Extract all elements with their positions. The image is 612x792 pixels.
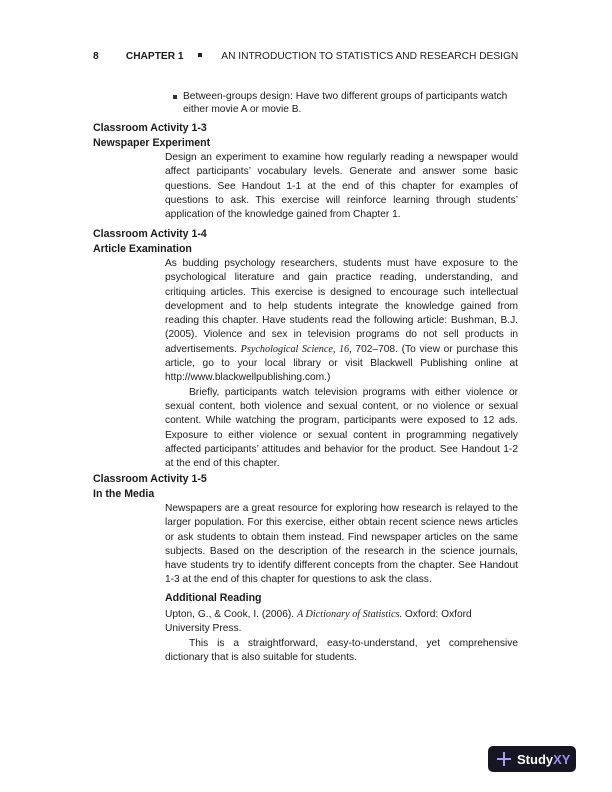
page-number: 8 <box>93 51 123 62</box>
annotation: This is a straightforward, easy-to-under… <box>165 637 518 666</box>
paragraph: Briefly, participants watch television p… <box>165 386 518 472</box>
activity-title: Article Examination <box>93 242 207 257</box>
activity-label: Classroom Activity 1-4 <box>93 227 207 242</box>
brand-name: StudyXY <box>517 752 570 767</box>
additional-reading-body: Upton, G., & Cook, I. (2006). A Dictiona… <box>165 608 518 665</box>
chapter-label: CHAPTER 1 <box>126 51 184 62</box>
additional-reading-heading: Additional Reading <box>165 592 262 604</box>
activity-body-1-5: Newspapers are a great resource for expl… <box>165 502 518 588</box>
paragraph: Newspapers are a great resource for expl… <box>165 502 518 588</box>
paragraph: As budding psychology researchers, stude… <box>165 257 518 386</box>
activity-heading-1-4: Classroom Activity 1-4 Article Examinati… <box>93 227 207 257</box>
activity-heading-1-3: Classroom Activity 1-3 Newspaper Experim… <box>93 121 210 151</box>
citation: Upton, G., & Cook, I. (2006). A Dictiona… <box>165 608 518 637</box>
studyxy-badge[interactable]: StudyXY <box>488 746 576 772</box>
square-bullet-icon <box>173 95 177 99</box>
bullet-text: Between-groups design: Have two differen… <box>173 90 518 117</box>
activity-title: In the Media <box>93 487 207 502</box>
journal-title: Psychological Science, 16, <box>241 344 352 355</box>
book-title: A Dictionary of Statistics. <box>297 609 402 620</box>
running-head: 8 CHAPTER 1 AN INTRODUCTION TO STATISTIC… <box>93 51 518 62</box>
activity-body-1-3: Design an experiment to examine how regu… <box>165 151 518 222</box>
activity-body-1-4: As budding psychology researchers, stude… <box>165 257 518 471</box>
square-bullet-icon <box>198 53 202 57</box>
paragraph: Design an experiment to examine how regu… <box>165 151 518 222</box>
activity-label: Classroom Activity 1-5 <box>93 472 207 487</box>
plus-icon <box>497 752 511 766</box>
bullet-item: Between-groups design: Have two differen… <box>173 90 518 117</box>
activity-label: Classroom Activity 1-3 <box>93 121 210 136</box>
activity-title: Newspaper Experiment <box>93 136 210 151</box>
chapter-title: AN INTRODUCTION TO STATISTICS AND RESEAR… <box>221 51 518 62</box>
activity-heading-1-5: Classroom Activity 1-5 In the Media <box>93 472 207 502</box>
